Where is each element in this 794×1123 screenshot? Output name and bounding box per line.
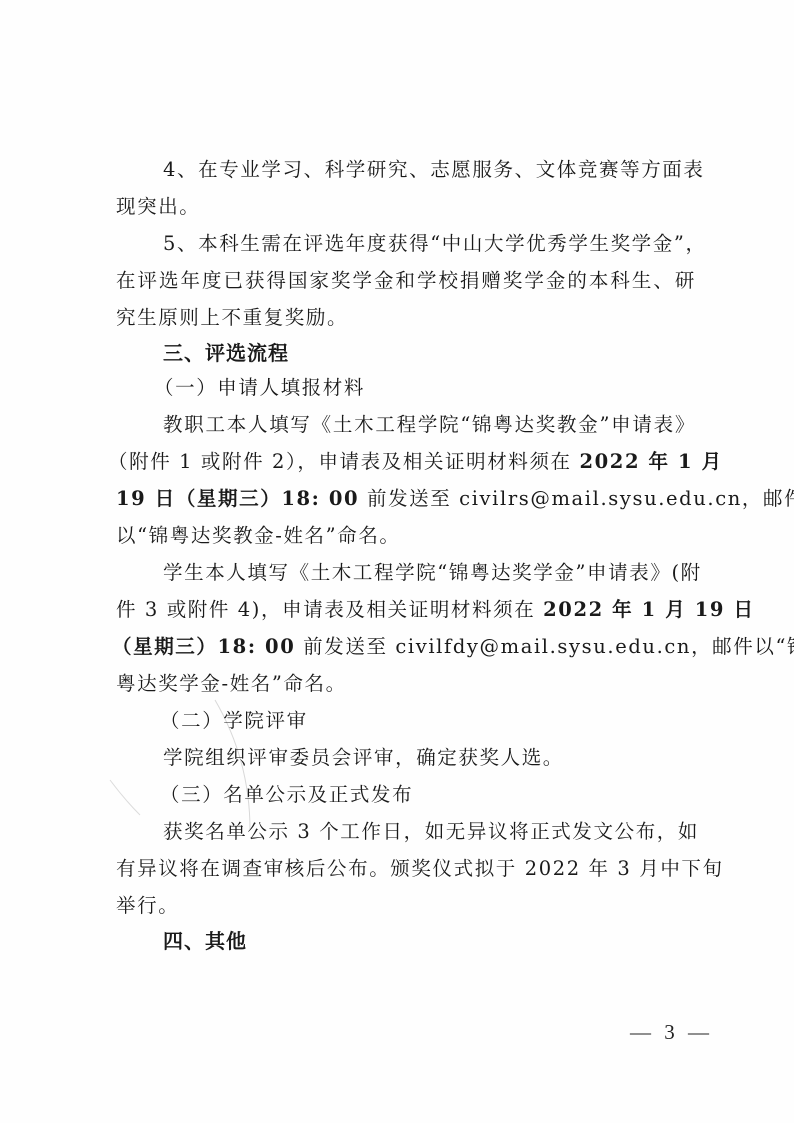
staff-email-text: 前发送至 civilrs@mail.sysu.edu.cn，邮件 — [359, 487, 794, 510]
criteria-5-line-2: 在评选年度已获得国家奖学金和学校捐赠奖学金的本科生、研 — [116, 266, 696, 296]
subsection-3-heading: （三）名单公示及正式发布 — [160, 780, 413, 810]
subsection-1-heading: （一）申请人填报材料 — [154, 373, 365, 403]
student-email-text: 前发送至 civilfdy@mail.sysu.edu.cn，邮件以“锦 — [295, 635, 794, 658]
staff-para-line-1: 教职工本人填写《土木工程学院“锦粤达奖教金”申请表》 — [163, 410, 696, 440]
student-para-line-1: 学生本人填写《土木工程学院“锦粤达奖学金”申请表》(附 — [163, 558, 696, 588]
section-4-heading: 四、其他 — [163, 926, 247, 956]
student-para-line-3: （星期三）18: 00 前发送至 civilfdy@mail.sysu.edu.… — [112, 632, 696, 662]
student-para-line-4: 粤达奖学金-姓名”命名。 — [116, 669, 347, 699]
subsection-2-text: 学院组织评审委员会评审，确定获奖人选。 — [163, 743, 564, 773]
staff-para-line-4: 以“锦粤达奖教金-姓名”命名。 — [116, 521, 401, 551]
criteria-5-line-3: 究生原则上不重复奖励。 — [116, 303, 348, 333]
student-deadline-time: （星期三）18: 00 — [112, 635, 295, 658]
publish-para-line-2: 有异议将在调查审核后公布。颁奖仪式拟于 2022 年 3 月中下旬 — [116, 854, 696, 884]
criteria-4-line-2: 现突出。 — [116, 192, 200, 222]
staff-para-line-3: 19 日（星期三）18: 00 前发送至 civilrs@mail.sysu.e… — [116, 484, 696, 514]
student-para-line-2: 件 3 或附件 4)，申请表及相关证明材料须在 2022 年 1 月 19 日 — [116, 595, 696, 625]
criteria-4-line-1: 4、在专业学习、科学研究、志愿服务、文体竞赛等方面表 — [163, 155, 696, 185]
publish-para-line-1: 获奖名单公示 3 个工作日，如无异议将正式发文公布，如 — [163, 817, 696, 847]
student-attachment-text: 件 3 或附件 4)，申请表及相关证明材料须在 — [116, 598, 543, 621]
staff-deadline-time: 19 日（星期三）18: 00 — [116, 487, 359, 510]
section-3-heading: 三、评选流程 — [163, 338, 289, 368]
student-deadline-date: 2022 年 1 月 19 日 — [543, 598, 754, 621]
subsection-2-heading: （二）学院评审 — [160, 706, 308, 736]
publish-para-line-3: 举行。 — [116, 891, 179, 921]
document-page: 4、在专业学习、科学研究、志愿服务、文体竞赛等方面表 现突出。 5、本科生需在评… — [0, 0, 794, 1123]
staff-attachment-text: （附件 1 或附件 2），申请表及相关证明材料须在 — [108, 450, 579, 473]
staff-deadline-date: 2022 年 1 月 — [579, 450, 722, 473]
page-number: — 3 — — [630, 1020, 713, 1045]
staff-para-line-2: （附件 1 或附件 2），申请表及相关证明材料须在 2022 年 1 月 — [108, 447, 696, 477]
criteria-5-line-1: 5、本科生需在评选年度获得“中山大学优秀学生奖学金”， — [163, 229, 696, 259]
